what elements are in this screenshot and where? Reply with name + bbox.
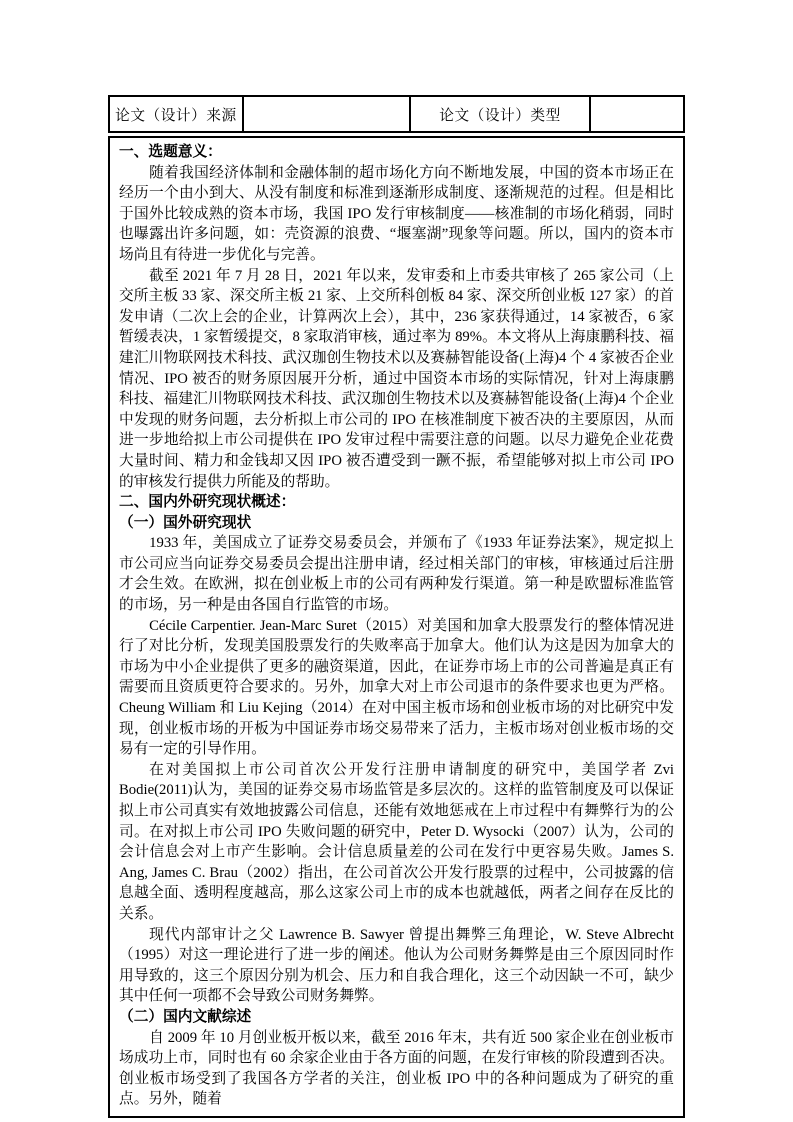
foreign-paragraph-3: 在对美国拟上市公司首次公开发行注册申请制度的研究中，美国学者 Zvi Bodie… xyxy=(119,760,674,925)
foreign-paragraph-4: 现代内部审计之父 Lawrence B. Sawyer 曾提出舞弊三角理论，W.… xyxy=(119,925,674,1007)
subsection-foreign-heading: （一）国外研究现状 xyxy=(119,513,674,534)
document-page: 论文（设计）来源 论文（设计）类型 一、选题意义： 随着我国经济体制和金融体制的… xyxy=(0,0,793,1122)
review-content-cell: 一、选题意义： 随着我国经济体制和金融体制的超市场化方向不断地发展，中国的资本市… xyxy=(108,136,685,1118)
section-2-heading: 二、国内外研究现状概述： xyxy=(119,492,674,513)
foreign-paragraph-2: Cécile Carpentier. Jean-Marc Suret（2015）… xyxy=(119,616,674,760)
paper-info-table: 论文（设计）来源 论文（设计）类型 xyxy=(108,95,685,133)
thesis-proposal-form: 论文（设计）来源 论文（设计）类型 一、选题意义： 随着我国经济体制和金融体制的… xyxy=(108,95,685,1118)
section-1-paragraph-1: 随着我国经济体制和金融体制的超市场化方向不断地发展，中国的资本市场正在经历一个由… xyxy=(119,163,674,266)
section-1-heading: 一、选题意义： xyxy=(119,142,674,163)
paper-source-label: 论文（设计）来源 xyxy=(110,97,242,131)
paper-type-label: 论文（设计）类型 xyxy=(409,97,589,131)
foreign-paragraph-1: 1933 年，美国成立了证券交易委员会，并颁布了《1933 年证券法案》，规定拟… xyxy=(119,533,674,615)
section-1-paragraph-2: 截至 2021 年 7 月 28 日，2021 年以来，发审委和上市委共审核了 … xyxy=(119,266,674,493)
domestic-paragraph-1: 自 2009 年 10 月创业板开板以来，截至 2016 年末，共有近 500 … xyxy=(119,1028,674,1110)
paper-type-value-field[interactable] xyxy=(589,97,683,131)
subsection-domestic-heading: （二）国内文献综述 xyxy=(119,1007,674,1028)
paper-source-value-field[interactable] xyxy=(242,97,409,131)
